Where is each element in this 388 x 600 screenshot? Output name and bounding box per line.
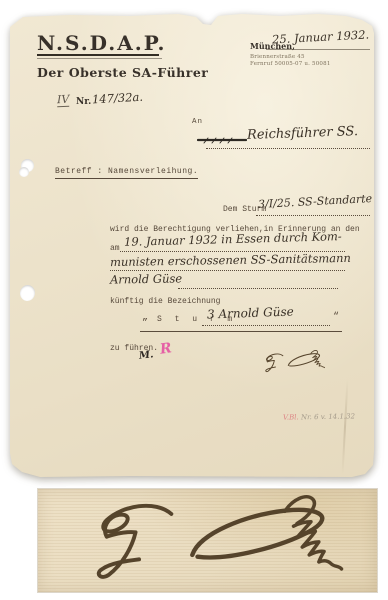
crossed-out-text <box>197 135 247 145</box>
sturm-name-handwritten: 3 Arnold Güse <box>207 304 294 321</box>
signature-closeup <box>38 489 377 592</box>
quote-close: “ <box>333 312 339 323</box>
archive-note-red: V.Bl. <box>283 413 299 421</box>
letterhead-phone: Fernruf 50005-07 u. 50081 <box>250 61 331 67</box>
hand-line2: munisten erschossenen SS-Sanitätsmann <box>110 251 351 269</box>
auction-photo: N.S.D.A.P. Der Oberste SA-Führer München… <box>0 0 388 600</box>
hand-line3-dots <box>178 287 338 289</box>
recipient-an-label: An <box>192 118 203 126</box>
letterhead-subtitle: Der Oberste SA-Führer <box>37 65 208 80</box>
subject-line: Betreff : Namensverleihung. <box>55 167 198 179</box>
document-paper: N.S.D.A.P. Der Oberste SA-Führer München… <box>10 13 374 477</box>
punch-hole-bottom <box>19 284 37 302</box>
hand-line2-dots <box>110 269 345 271</box>
recipient-name: Reichsführer SS. <box>247 124 358 143</box>
date-line <box>266 49 370 50</box>
approval-initial-pink: R <box>159 340 173 357</box>
sturm-unit-handwritten: 3/I/25. SS-Standarte <box>258 192 373 211</box>
date-handwritten: 25. Januar 1932. <box>272 27 370 46</box>
am-label: am <box>110 244 120 253</box>
quote-underline <box>140 331 342 332</box>
paper-crease <box>341 379 348 475</box>
letterhead-address: Briennerstraße 45 <box>250 54 305 60</box>
roehm-signature-small <box>256 349 329 375</box>
file-ref-prefix: IV <box>57 93 70 107</box>
letterhead-underline-shadow <box>37 58 162 59</box>
sturm-dotted-line <box>256 214 370 216</box>
file-ref-number: 147/32a. <box>92 90 144 107</box>
recipient-dotted-line <box>206 147 370 149</box>
file-ref-label: Nr. <box>76 97 91 107</box>
clerk-initials: M. <box>138 349 154 361</box>
roehm-signature-large <box>52 493 364 589</box>
punch-hole-top-lobe <box>19 167 29 177</box>
hand-line3: Arnold Güse <box>110 271 182 286</box>
archive-note-pencil: Nr. 6 v. 14.1.32 <box>301 412 355 421</box>
sturm-name-dots <box>202 324 330 326</box>
letterhead-org: N.S.D.A.P. <box>37 31 166 55</box>
letterhead-underline <box>37 54 159 56</box>
kuenftig-line: künftig die Bezeichnung <box>110 297 220 306</box>
quote-open: „ <box>142 312 148 323</box>
document-photo: N.S.D.A.P. Der Oberste SA-Führer München… <box>10 13 374 477</box>
